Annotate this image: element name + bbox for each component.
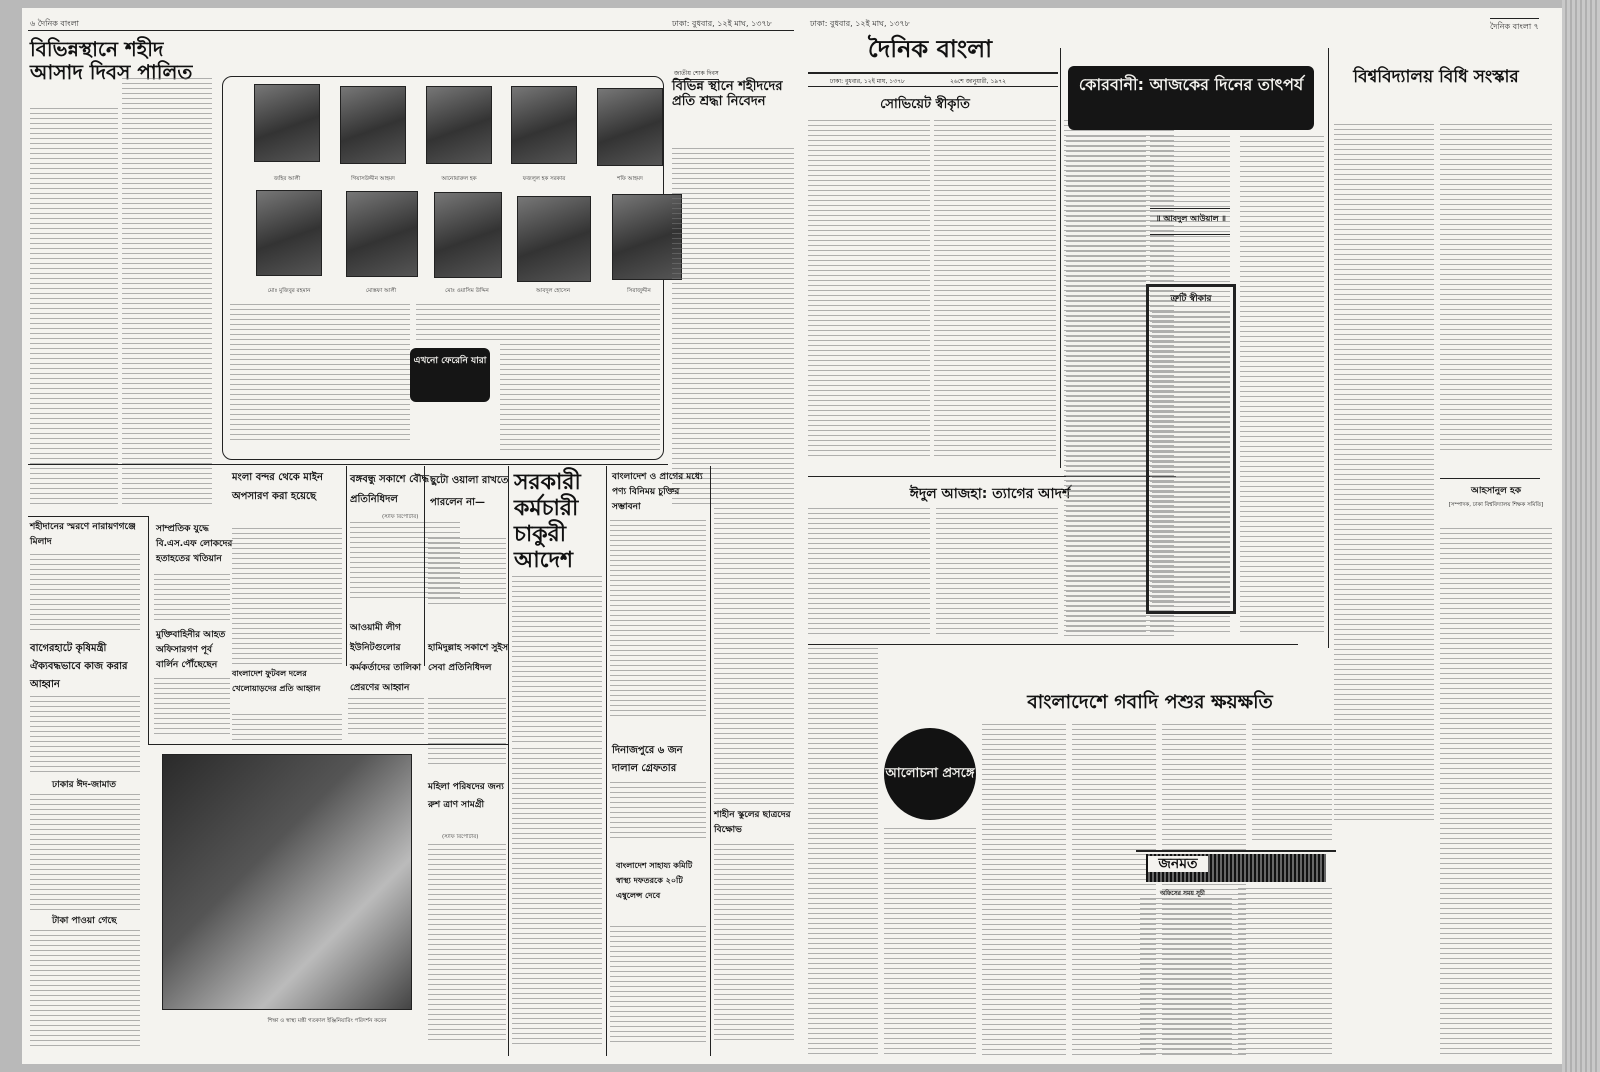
headline-money-found: টাকা পাওয়া গেছে (52, 916, 152, 926)
body-text (1140, 898, 1232, 1058)
portrait-caption: মোস্তফা আলী (340, 288, 422, 296)
feature-author: ॥ আবদুল আউয়াল ॥ (1145, 214, 1237, 223)
body-text (428, 538, 506, 608)
headline-university-reform: বিশ্ববিদ্যালয় বিধি সংস্কার (1336, 64, 1536, 90)
body-text (154, 678, 230, 734)
masthead: দৈনিক বাংলা (840, 36, 1020, 64)
portrait-caption: সিরাজুদ্দীন (598, 288, 680, 296)
portrait-photo (256, 190, 322, 276)
headline-mukti-officers-berlin: মুক্তিবাহিনীর আহত অফিসারগণ পূর্ব বার্লিন… (156, 628, 236, 673)
portrait-caption: আবদুল হোসেন (512, 288, 594, 296)
folio-date: ঢাকা: বুধবার, ১২ই মাঘ, ১৩৭৮ (810, 18, 910, 31)
body-text (428, 698, 506, 768)
body-text (416, 304, 500, 344)
body-text (714, 508, 794, 808)
body-text (610, 520, 706, 720)
body-text (232, 528, 342, 668)
portrait-caption: মোঃ ওয়াসিম উদ্দিন (426, 288, 508, 296)
headline-ambulance: বাংলাদেশ সাহায্য কমিটি স্বাস্থ্য দফতরকে … (616, 858, 706, 903)
univ-author-title: [সম্পাদক, ঢাকা বিশ্ববিদ্যালয় শিক্ষক সমি… (1440, 502, 1552, 510)
body-text (1240, 136, 1324, 636)
headline-swiss-delegation: হামিদুল্লাহ সকাশে সুইস সেবা প্রতিনিধিদল (428, 638, 508, 678)
body-text (30, 696, 140, 776)
body-text (610, 782, 706, 842)
body-text (30, 554, 140, 634)
headline-dinajpur-arrests: দিনাজপুরে ৬ জন দালাল গ্রেফতার (612, 742, 707, 778)
headline-cattle-loss: বাংলাদেশে গবাদি পশুর ক্ষয়ক্ষতি (990, 692, 1310, 714)
portrait-caption: জহির আলী (248, 176, 326, 184)
headline-narayanganj-milad: শহীদানের স্মরণে নারায়ণগঞ্জে মিলাদ (30, 520, 148, 550)
portrait-caption: শফি আহমদ (591, 176, 669, 184)
portrait-photo (511, 86, 577, 164)
headline-prague-trade: বাংলাদেশ ও প্রাগের মধ্যে পণ্য বিনিময় চু… (612, 470, 707, 515)
badge-still-missing: এখনো ফেরেনি যারা (410, 348, 490, 402)
body-text (808, 648, 878, 1058)
headline-dhaka-eid: ঢাকার ঈদ-জামাত (52, 780, 152, 790)
body-text (808, 508, 930, 638)
body-text (1334, 124, 1434, 824)
headline-awami-league-units: আওয়ামী লীগ ইউনিটগুলোর কর্মকর্তাদের তালি… (350, 618, 430, 698)
body-text (672, 148, 794, 508)
folio-right: দৈনিক বাংলা ৭ (1490, 18, 1539, 34)
body-text (1440, 124, 1552, 454)
opinion-banner: জনমত (1148, 856, 1208, 872)
byline: (স্টাফ রিপোর্টার) (442, 834, 478, 841)
body-text (1252, 724, 1332, 844)
portrait-caption: গিয়াসউদ্দীন আহমদ (334, 176, 412, 184)
body-text (934, 120, 1056, 460)
headline-bagerhat-minister: বাগেরহাটে কৃষিমন্ত্রী ঐক্যবদ্ধভাবে কাজ ক… (30, 640, 148, 694)
portrait-photo (434, 192, 502, 278)
body-text (232, 714, 342, 742)
portrait-photo (426, 86, 492, 164)
body-text (30, 794, 140, 914)
headline-football-team: বাংলাদেশ ফুটবল দলের খেলোয়াড়দের প্রতি আ… (232, 666, 342, 696)
body-text (30, 930, 140, 1050)
badge-discussion: আলোচনা প্রসঙ্গে (884, 728, 976, 820)
body-text (512, 748, 602, 1048)
portrait-photo (597, 88, 663, 166)
left-page: ৬ দৈনিক বাংলা ঢাকা: বুধবার, ১২ই মাঘ, ১৩৭… (22, 8, 800, 1064)
editorial-soviet-recognition: সোভিয়েট স্বীকৃতি (840, 98, 1010, 113)
body-text (1152, 312, 1230, 607)
body-text (714, 844, 794, 1044)
headline-bsf-casualties: সাম্প্রতিক যুদ্ধে বি.এস.এফ লোকদের হতাহতে… (156, 522, 236, 567)
body-text (348, 698, 424, 738)
portrait-caption: মোঃ মুজিবুর রহমান (248, 288, 330, 296)
body-text (1238, 888, 1332, 1058)
portrait-caption: আনোয়ারুল হক (420, 176, 498, 184)
portrait-photo (340, 86, 406, 164)
body-text (30, 108, 118, 508)
body-text (1066, 136, 1146, 636)
headline-could-not-keep: ছুটো ওয়ালা রাখতে পারলেন না— (430, 470, 510, 514)
headline-mongla-mine: মংলা বন্দর থেকে মাইন অপসারণ করা হয়েছে (232, 468, 342, 506)
univ-author: আহসানুল হক (1440, 486, 1552, 496)
body-text (808, 120, 930, 460)
headline-mohila-relief: মহিলা পরিষদের জন্য রুশ ত্রাণ সামগ্রী (428, 778, 508, 814)
headline-govt-employees: সরকারী কর্মচারী চাকুরী আদেশ (514, 470, 604, 574)
byline: (স্টাফ রিপোর্টার) (382, 514, 418, 521)
scan-edge (1562, 0, 1600, 1072)
body-text (230, 304, 410, 444)
correction-title: ত্রুটি স্বীকার (1150, 294, 1232, 304)
body-text (428, 844, 506, 1044)
portrait-photo (517, 196, 591, 282)
portrait-photo (346, 191, 418, 277)
portrait-caption: ফজলুল হক সরকার (505, 176, 583, 184)
body-text (122, 78, 212, 508)
body-text (154, 574, 230, 624)
body-text (982, 724, 1066, 1058)
body-text (610, 926, 706, 1046)
portrait-photo (254, 84, 320, 162)
news-photo (162, 754, 412, 1010)
body-text (1440, 528, 1552, 1058)
feature-headline-korbani: কোরবানী: আজকের দিনের তাৎপর্য (1068, 66, 1314, 130)
headline-shaheen-school: শাহীন স্কুলের ছাত্রদের বিক্ষোভ (714, 808, 794, 838)
body-text (500, 304, 660, 454)
body-text (936, 508, 1058, 638)
headline-tribute: বিভিন্ন স্থানে শহীদদের প্রতি শ্রদ্ধা নিব… (672, 80, 794, 110)
body-text (884, 828, 976, 1058)
right-page: ঢাকা: বুধবার, ১২ই মাঘ, ১৩৭৮ দৈনিক বাংলা … (800, 8, 1562, 1064)
body-text (512, 576, 602, 746)
